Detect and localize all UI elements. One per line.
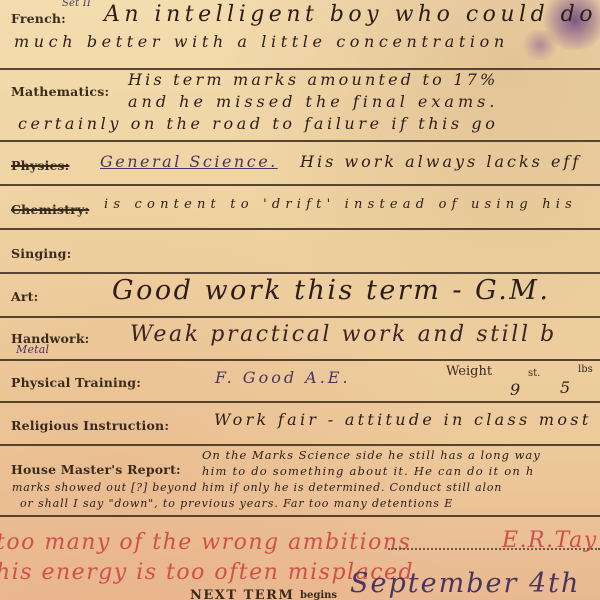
subject-label-chemistry: Chemistry:	[11, 202, 89, 217]
row-divider	[0, 444, 600, 446]
physical-training-remark: F. Good A.E.	[215, 368, 351, 387]
mathematics-remark-line-3: certainly on the road to failure if this…	[18, 114, 498, 133]
next-term-begins-label: begins	[300, 590, 337, 600]
row-divider	[0, 359, 600, 361]
mathematics-remark-line-1: His term marks amounted to 17%	[128, 70, 498, 89]
subject-label-art: Art:	[11, 289, 38, 304]
weight-label: Weight	[446, 364, 492, 379]
row-divider	[0, 140, 600, 142]
subject-label-physics: Physics:	[11, 158, 69, 173]
ink-smear	[520, 30, 560, 60]
handwork-remark: Weak practical work and still b	[130, 322, 557, 347]
mathematics-remark-line-2: and he missed the final exams.	[128, 92, 498, 111]
subject-label-religious-instruction: Religious Instruction:	[11, 418, 169, 433]
subject-label-mathematics: Mathematics:	[11, 84, 109, 99]
french-remark-line-2: much better with a little concentration	[14, 32, 509, 51]
head-master-remark-line-1: too many of the wrong ambitions	[0, 530, 411, 555]
subject-label-singing: Singing:	[11, 246, 71, 261]
report-card: French: Set II An intelligent boy who co…	[0, 0, 600, 600]
weight-lbs-label: lbs	[578, 364, 593, 375]
french-remark-line-1: An intelligent boy who could do	[104, 2, 597, 27]
house-master-remark-line-1: On the Marks Science side he still has a…	[202, 448, 541, 462]
weight-st-label: st.	[528, 368, 540, 379]
subject-label-physical-training: Physical Training:	[11, 375, 141, 390]
house-master-remark-line-2: him to do something about it. He can do …	[202, 464, 534, 478]
art-remark: Good work this term - G.M.	[112, 275, 551, 306]
house-master-remark-line-4: or shall I say "down", to previous years…	[20, 497, 453, 510]
weight-st-value: 9	[510, 380, 521, 399]
row-divider	[0, 316, 600, 318]
physics-remark: His work always lacks eff	[300, 152, 581, 171]
row-divider	[0, 228, 600, 230]
subject-label-french: French:	[11, 11, 66, 26]
next-term-label: NEXT TERM	[190, 588, 294, 600]
row-divider	[0, 272, 600, 274]
row-divider	[0, 401, 600, 403]
chemistry-remark: is content to 'drift' instead of using h…	[104, 197, 577, 212]
house-master-remark-line-3: marks showed out [?] beyond him if only …	[12, 481, 502, 494]
french-set-annotation: Set II	[62, 0, 91, 9]
religious-instruction-remark: Work fair - attitude in class most	[214, 410, 592, 429]
row-divider	[0, 515, 600, 517]
house-master-report-label: House Master's Report:	[11, 462, 181, 477]
next-term-date: September 4th	[350, 568, 580, 599]
head-master-signature: E.R.Tay	[502, 528, 598, 553]
physics-remark-general-science: General Science.	[100, 152, 278, 171]
weight-lbs-value: 5	[560, 378, 571, 397]
handwork-metal-annotation: Metal	[16, 343, 49, 356]
row-divider	[0, 184, 600, 186]
